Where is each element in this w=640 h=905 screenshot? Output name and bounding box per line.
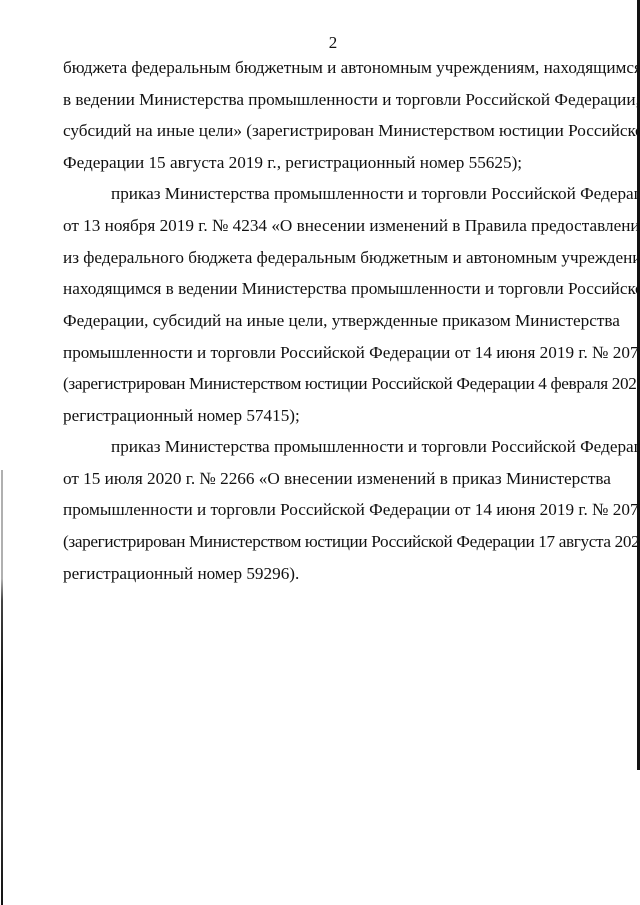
text-line: Федерации, субсидий на иные цели, утверж… xyxy=(63,311,608,331)
text-line: регистрационный номер 59296). xyxy=(63,564,608,584)
text-line: от 13 ноября 2019 г. № 4234 «О внесении … xyxy=(63,216,608,236)
text-line: промышленности и торговли Российской Фед… xyxy=(63,500,608,520)
text-line: приказ Министерства промышленности и тор… xyxy=(111,184,608,204)
text-line: находящимся в ведении Министерства промы… xyxy=(63,279,608,299)
text-line: в ведении Министерства промышленности и … xyxy=(63,90,608,110)
scan-edge-left xyxy=(1,470,3,905)
text-line: Федерации 15 августа 2019 г., регистраци… xyxy=(63,153,608,173)
text-line: от 15 июля 2020 г. № 2266 «О внесении из… xyxy=(63,469,608,489)
text-line: регистрационный номер 57415); xyxy=(63,406,608,426)
text-line: (зарегистрирован Министерством юстиции Р… xyxy=(63,374,608,394)
text-line: из федерального бюджета федеральным бюдж… xyxy=(63,248,608,268)
text-line: субсидий на иные цели» (зарегистрирован … xyxy=(63,121,608,141)
text-line: приказ Министерства промышленности и тор… xyxy=(111,437,608,457)
text-line: промышленности и торговли Российской Фед… xyxy=(63,343,608,363)
page-number: 2 xyxy=(300,33,366,53)
text-line: (зарегистрирован Министерством юстиции Р… xyxy=(63,532,608,552)
document-page: 2 бюджета федеральным бюджетным и автоно… xyxy=(0,0,640,905)
text-line: бюджета федеральным бюджетным и автономн… xyxy=(63,58,608,78)
